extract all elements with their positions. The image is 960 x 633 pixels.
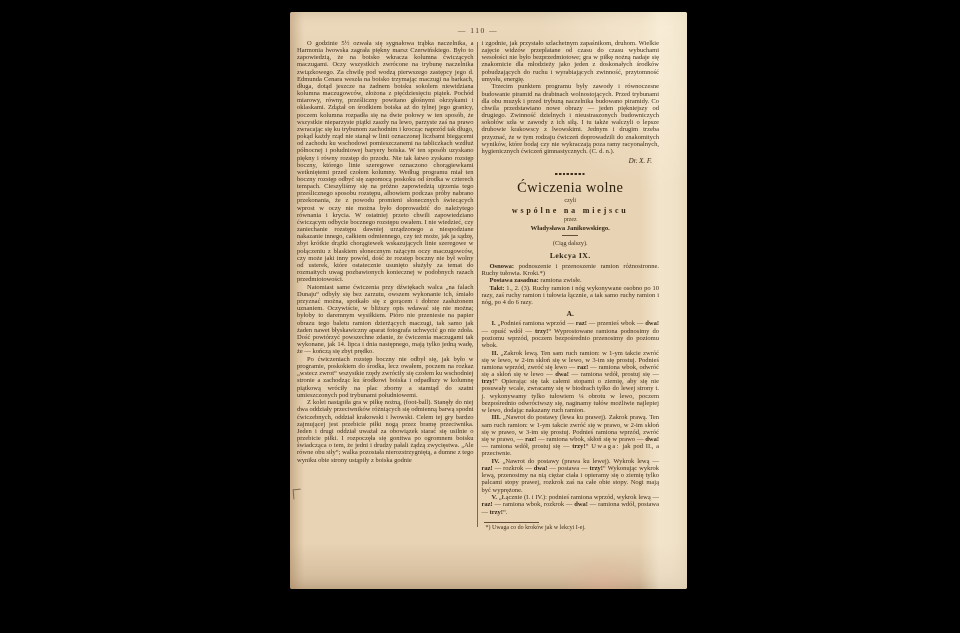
paragraph: V. „Łącznie (I. i IV.): podnieś ramiona … <box>482 494 660 515</box>
paragraph: Takt: 1., 2. (3). Ruchy ramion i nóg wyk… <box>482 285 660 306</box>
article-divider-rule <box>555 173 585 175</box>
body-text: — rozkrok — <box>493 465 534 472</box>
body-text: ramiona zwisłe. <box>539 277 582 284</box>
article-title: Ćwiczenia wolne <box>482 180 660 197</box>
article-byline-preposition: przez <box>482 217 660 223</box>
emphasized-text: Postawa zasadna: <box>490 277 539 284</box>
emphasized-text: dwa! <box>574 501 588 508</box>
paragraph: Postawa zasadna: ramiona zwisłe. <box>482 277 660 284</box>
paragraph: i zgodnie, jak przystało szlachetnym zap… <box>482 40 660 83</box>
paragraph: Po ćwiczeniach rozstęp boczny nie odbył … <box>297 356 474 399</box>
body-text: „Podnieś ramiona wprzód — <box>496 320 576 327</box>
emphasized-text: raz! <box>482 501 493 508</box>
author-signature: Dr. X. F. <box>482 157 660 165</box>
body-text: „Łącznie (I. i IV.): podnieś ramiona wpr… <box>497 494 659 501</box>
paragraph: II. „Zakrok lewą. Ten sam ruch ramion: w… <box>482 350 660 414</box>
body-text: — postawa — <box>547 465 589 472</box>
paragraph: Trzecim punktem programu były zawody i r… <box>482 83 660 155</box>
paragraph: III. „Nawrot do postawy (lewa ku prawej)… <box>482 414 660 457</box>
left-column: O godzinie 5½ ozwała się sygnałowa trąbk… <box>297 40 474 531</box>
paragraph: Osnowa: podnoszenie i przenoszenie ramio… <box>482 263 660 277</box>
footnote-rule <box>484 522 539 523</box>
paragraph: Natomiast same ćwiczenia przy dźwiękach … <box>297 284 474 356</box>
emphasized-text: trzy! <box>490 509 503 516</box>
emphasized-text: raz! <box>577 364 588 371</box>
paragraph: I. „Podnieś ramiona wprzód — raz! — prze… <box>482 320 660 349</box>
emphasized-text: III. <box>492 414 501 421</box>
emphasized-text: raz! <box>576 320 587 327</box>
emphasized-text: Takt: <box>490 285 505 292</box>
right-column-paragraphs: i zgodnie, jak przystało szlachetnym zap… <box>482 40 660 155</box>
body-text: „Nawrot do postawy (prawa ku lewej). Wyk… <box>500 458 659 465</box>
paragraph: Z kolei nastąpiła gra w piłkę nożną, (fo… <box>297 399 474 463</box>
body-text: Uwaga: <box>591 443 620 450</box>
body-text: — ramiona wdół, prostuj się — <box>482 443 573 450</box>
paragraph: O godzinie 5½ ozwała się sygnałowa trąbk… <box>297 40 474 283</box>
body-text: “ Opierając się tak całemi stopami o zie… <box>482 378 660 414</box>
emphasized-text: trzy! <box>482 378 495 385</box>
column-divider-rule <box>477 42 478 527</box>
exercise-paragraphs: I. „Podnieś ramiona wprzód — raz! — prze… <box>482 320 660 515</box>
footnote: *) Uwaga co do kroków jak w lekcyi I-ej. <box>482 525 660 531</box>
body-text: — przenieś wbok — <box>587 320 645 327</box>
body-text: — opuść wdół — <box>482 328 535 335</box>
paragraph: IV. „Nawrot do postawy (prawa ku lewej).… <box>482 458 660 494</box>
emphasized-text: trzy! <box>535 328 548 335</box>
emphasized-text: raz! <box>525 436 536 443</box>
body-text: Trzecim punktem programu były zawody i r… <box>482 83 660 154</box>
emphasized-text: IV. <box>492 458 500 465</box>
body-text: — ramiona wbok, skłoń się w prawo — <box>536 436 645 443</box>
page-number: — 110 — <box>297 26 659 35</box>
article-byline-author: Władysława Janikowskiego. <box>482 225 660 232</box>
scan-background: — 110 — O godzinie 5½ ozwała się sygnało… <box>0 0 960 633</box>
body-text: Po ćwiczeniach rozstęp boczny nie odbył … <box>297 356 474 399</box>
body-text: Z kolei nastąpiła gra w piłkę nożną, (fo… <box>297 399 474 463</box>
document-page: — 110 — O godzinie 5½ ozwała się sygnało… <box>290 12 687 589</box>
text-columns: O godzinie 5½ ozwała się sygnałowa trąbk… <box>297 40 659 531</box>
body-text: — ramiona wbok, rozkrok — <box>493 501 575 508</box>
emphasized-text: dwa! <box>645 436 659 443</box>
article-subtitle-connector: czyli <box>482 198 660 204</box>
emphasized-text: trzy! <box>572 443 585 450</box>
page-content: — 110 — O godzinie 5½ ozwała się sygnało… <box>297 12 659 589</box>
byline-rule <box>562 235 578 236</box>
body-text: O godzinie 5½ ozwała się sygnałowa trąbk… <box>297 40 474 283</box>
article-subtitle: wspólne na miejscu <box>482 206 660 215</box>
lesson-intro-paragraphs: Osnowa: podnoszenie i przenoszenie ramio… <box>482 263 660 307</box>
body-text: 1., 2. (3). Ruchy ramion i nóg wykonywan… <box>482 285 660 306</box>
emphasized-text: dwa! <box>555 371 569 378</box>
body-text: i zgodnie, jak przystało szlachetnym zap… <box>482 40 660 83</box>
lesson-heading: Lekcya IX. <box>482 251 660 260</box>
emphasized-text: trzy! <box>590 465 603 472</box>
emphasized-text: dwa! <box>534 465 548 472</box>
emphasized-text: raz! <box>482 465 493 472</box>
body-text: — ramiona wdół, prostuj się — <box>569 371 659 378</box>
continuation-note: (Ciąg dalszy). <box>482 240 660 247</box>
left-column-paragraphs: O godzinie 5½ ozwała się sygnałowa trąbk… <box>297 40 474 464</box>
section-letter: A. <box>482 309 660 318</box>
emphasized-text: Osnowa: <box>490 263 515 270</box>
emphasized-text: dwa! <box>645 320 659 327</box>
body-text: “. <box>503 509 508 516</box>
right-column: i zgodnie, jak przystało szlachetnym zap… <box>482 40 660 531</box>
body-text: Natomiast same ćwiczenia przy dźwiękach … <box>297 284 474 355</box>
